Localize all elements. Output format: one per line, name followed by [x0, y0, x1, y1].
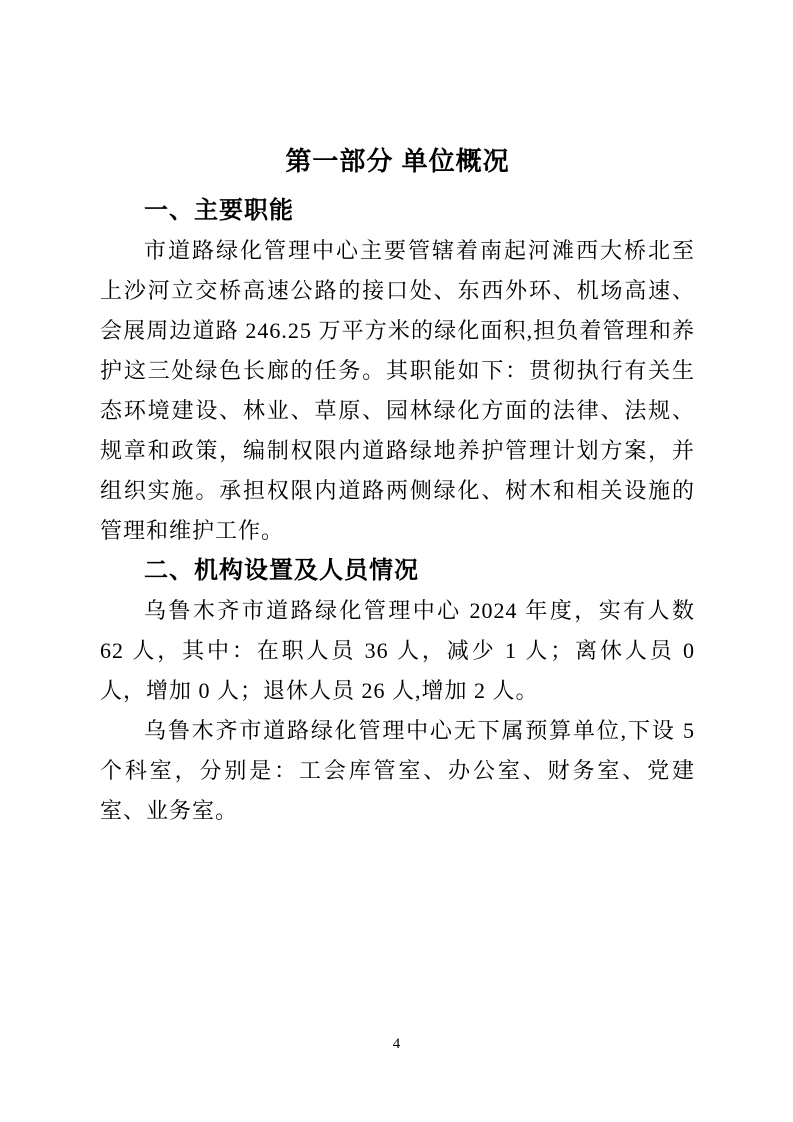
section-heading-organization-personnel: 二、机构设置及人员情况 [100, 551, 695, 591]
document-page: 第一部分 单位概况 一、主要职能 市道路绿化管理中心主要管辖着南起河滩西大桥北至… [0, 0, 793, 1122]
page-number: 4 [0, 1034, 793, 1054]
page-title: 第一部分 单位概况 [100, 143, 695, 179]
paragraph-main-functions: 市道路绿化管理中心主要管辖着南起河滩西大桥北至上沙河立交桥高速公路的接口处、东西… [100, 231, 695, 551]
paragraph-departments: 乌鲁木齐市道路绿化管理中心无下属预算单位,下设 5 个科室，分别是：工会库管室、… [100, 711, 695, 831]
document-content: 第一部分 单位概况 一、主要职能 市道路绿化管理中心主要管辖着南起河滩西大桥北至… [100, 143, 695, 831]
section-heading-main-functions: 一、主要职能 [100, 191, 695, 231]
paragraph-personnel-counts: 乌鲁木齐市道路绿化管理中心 2024 年度，实有人数 62 人，其中：在职人员 … [100, 591, 695, 711]
